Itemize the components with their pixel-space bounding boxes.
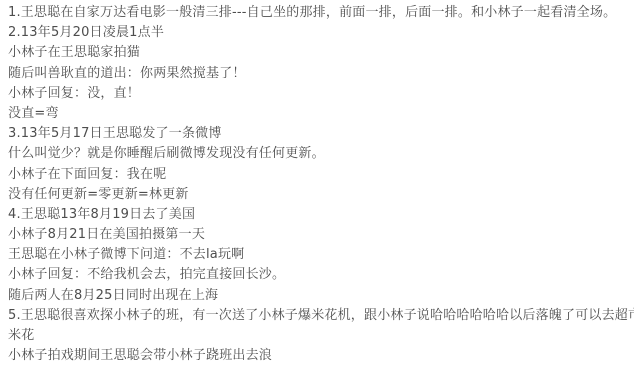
text-line: 小林子拍戏期间王思聪会带小林子跷班出去浪 [8, 346, 634, 366]
text-line: 没直=弯 [8, 104, 634, 124]
text-line: 随后两人在8月25日同时出现在上海 [8, 286, 634, 306]
text-line: 米花 [8, 326, 634, 346]
text-line: 1.王思聪在自家万达看电影一般清三排---自己坐的那排，前面一排，后面一排。和小… [8, 3, 634, 23]
text-line: 随后叫兽耿直的道出：你两果然搅基了！ [8, 64, 634, 84]
text-line: 小林子在下面回复：我在呢 [8, 165, 634, 185]
text-line: 小林子8月21日在美国拍摄第一天 [8, 225, 634, 245]
text-line: 5.王思聪很喜欢探小林子的班，有一次送了小林子爆米花机，跟小林子说哈哈哈哈哈哈以… [8, 306, 634, 326]
text-line: 3.13年5月17日王思聪发了一条微博 [8, 124, 634, 144]
text-line: 小林子回复：没，直！ [8, 84, 634, 104]
text-line: 小林子在王思聪家拍猫 [8, 43, 634, 63]
text-line: 王思聪在小林子微博下问道：不去la玩啊 [8, 245, 634, 265]
text-line: 小林子回复：不给我机会去，拍完直接回长沙。 [8, 265, 634, 285]
article-text-page: 1.王思聪在自家万达看电影一般清三排---自己坐的那排，前面一排，后面一排。和小… [0, 0, 640, 370]
text-line: 4.王思聪13年8月19日去了美国 [8, 205, 634, 225]
text-line: 2.13年5月20日凌晨1点半 [8, 23, 634, 43]
text-line: 没有任何更新=零更新=林更新 [8, 185, 634, 205]
text-line: 什么叫觉少？就是你睡醒后刷微博发现没有任何更新。 [8, 144, 634, 164]
